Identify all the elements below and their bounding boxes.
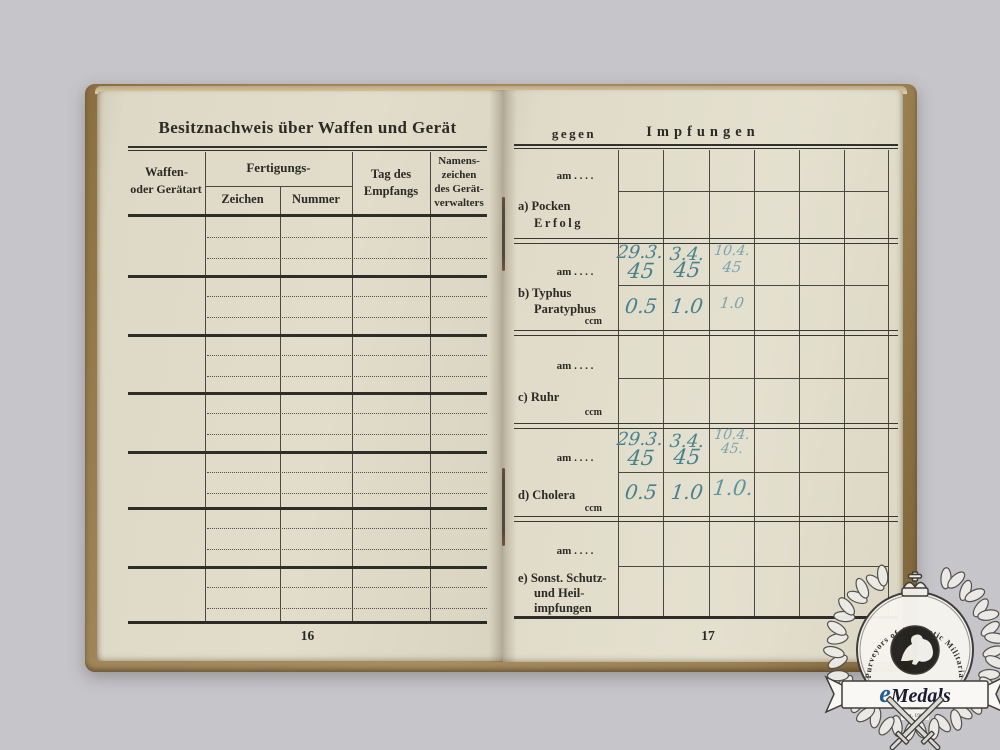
dotted-line [207,258,487,259]
left-col-line [352,152,353,622]
section-e-line1: e) Sonst. Schutz- [518,571,620,586]
left-title-rule [128,146,487,151]
hw-typhus-dose-2: 1.0 [663,294,712,318]
section-c-line1: c) Ruhr [518,390,618,405]
am-label-c: am . . . . [540,360,610,372]
grid-line [663,150,664,618]
row-separator [128,507,487,510]
hw-cholera-dose-1: 0.5 [617,480,666,504]
row-separator [128,392,487,395]
grid-line [709,150,710,618]
section-d-line1: d) Cholera [518,488,618,503]
section-separator [514,423,898,429]
section-c-unit: ccm [560,407,602,418]
hw-typhus-dose-1: 0.5 [617,294,666,318]
section-e-line3: impfungen [534,601,634,616]
right-page-number: 17 [618,628,798,644]
section-a-line1: a) Pocken [518,199,618,214]
binding-gutter-shadow [489,90,517,662]
col-header-zeichen2: zeichen [428,169,490,181]
staple-bottom [502,468,505,546]
col-header-namens: Namens- [428,155,490,167]
row-separator [128,566,487,569]
left-col-line [205,152,206,622]
grid-line [799,150,800,618]
section-mid-line [618,285,888,286]
grid-line [844,150,845,618]
section-separator [514,516,898,522]
am-label-e: am . . . . [540,545,610,557]
hw-typhus-year-3: 45 [708,258,756,276]
col-header-nummer: Nummer [280,192,352,207]
hw-typhus-date-3: 10.4. [708,243,756,259]
section-e-line2: und Heil- [534,586,634,601]
left-table-bottom-rule [128,621,487,624]
right-header-rule [514,144,898,149]
crown-icon [902,572,928,596]
row-separator [128,275,487,278]
left-page-title: Besitznachweis über Waffen und Gerät [128,118,487,138]
left-header-bottom-rule [128,214,487,217]
section-a-line2: Erfolg [534,216,634,231]
left-col-line [430,152,431,622]
section-separator [514,330,898,336]
col-header-zeichen: Zeichen [205,192,280,207]
staple-top [502,197,505,271]
dotted-line [207,434,487,435]
photo-of-open-wehrpass-booklet: Besitznachweis über Waffen und Gerät Waf… [0,0,1000,750]
grid-line [888,150,889,618]
col-header-geraetart: oder Gerätart [121,182,211,197]
hw-cholera-year-2: 45 [663,445,712,469]
row-separator [128,451,487,454]
col-header-waffen: Waffen- [128,165,205,180]
row-separator [128,334,487,337]
dotted-line [207,413,487,414]
hw-cholera-year-3: 45. [708,441,756,457]
section-mid-line [618,472,888,473]
left-col-line [280,187,281,622]
fertigungs-underline [205,186,352,187]
dotted-line [207,608,487,609]
hw-typhus-year-1: 45 [617,259,666,283]
hw-cholera-dose-3: 1.0. [705,476,762,500]
am-label-b: am . . . . [540,266,610,278]
col-header-fertigungs: Fertigungs- [205,160,352,176]
dotted-line [207,549,487,550]
dotted-line [207,237,487,238]
col-header-des-geraet: des Gerät- [428,183,490,195]
hw-typhus-dose-3: 1.0 [708,294,756,312]
dotted-line [207,317,487,318]
dotted-line [207,355,487,356]
right-header-impfungen: Impfungen [613,124,793,141]
col-header-tag-des: Tag des [352,167,430,182]
dotted-line [207,472,487,473]
dotted-line [207,376,487,377]
dotted-line [207,528,487,529]
hw-cholera-dose-2: 1.0 [663,480,712,504]
hw-typhus-year-2: 45 [663,258,712,282]
dotted-line [207,493,487,494]
col-header-verwalters: verwalters [428,197,490,209]
section-mid-line [618,191,888,192]
right-header-gegen: gegen [538,126,610,142]
section-b-line1: b) Typhus [518,286,618,301]
am-label-d: am . . . . [540,452,610,464]
section-mid-line [618,378,888,379]
am-label-a: am . . . . [540,170,610,182]
dotted-line [207,587,487,588]
dotted-line [207,296,487,297]
section-d-unit: ccm [560,503,602,514]
left-page-number: 16 [128,628,487,644]
grid-line [754,150,755,618]
section-b-unit: ccm [560,316,602,327]
col-header-empfangs: Empfangs [352,184,430,199]
hw-cholera-year-1: 45 [617,446,666,470]
emedals-watermark-badge: Purveyors of Authentic Militaria eMedals… [815,555,1000,750]
